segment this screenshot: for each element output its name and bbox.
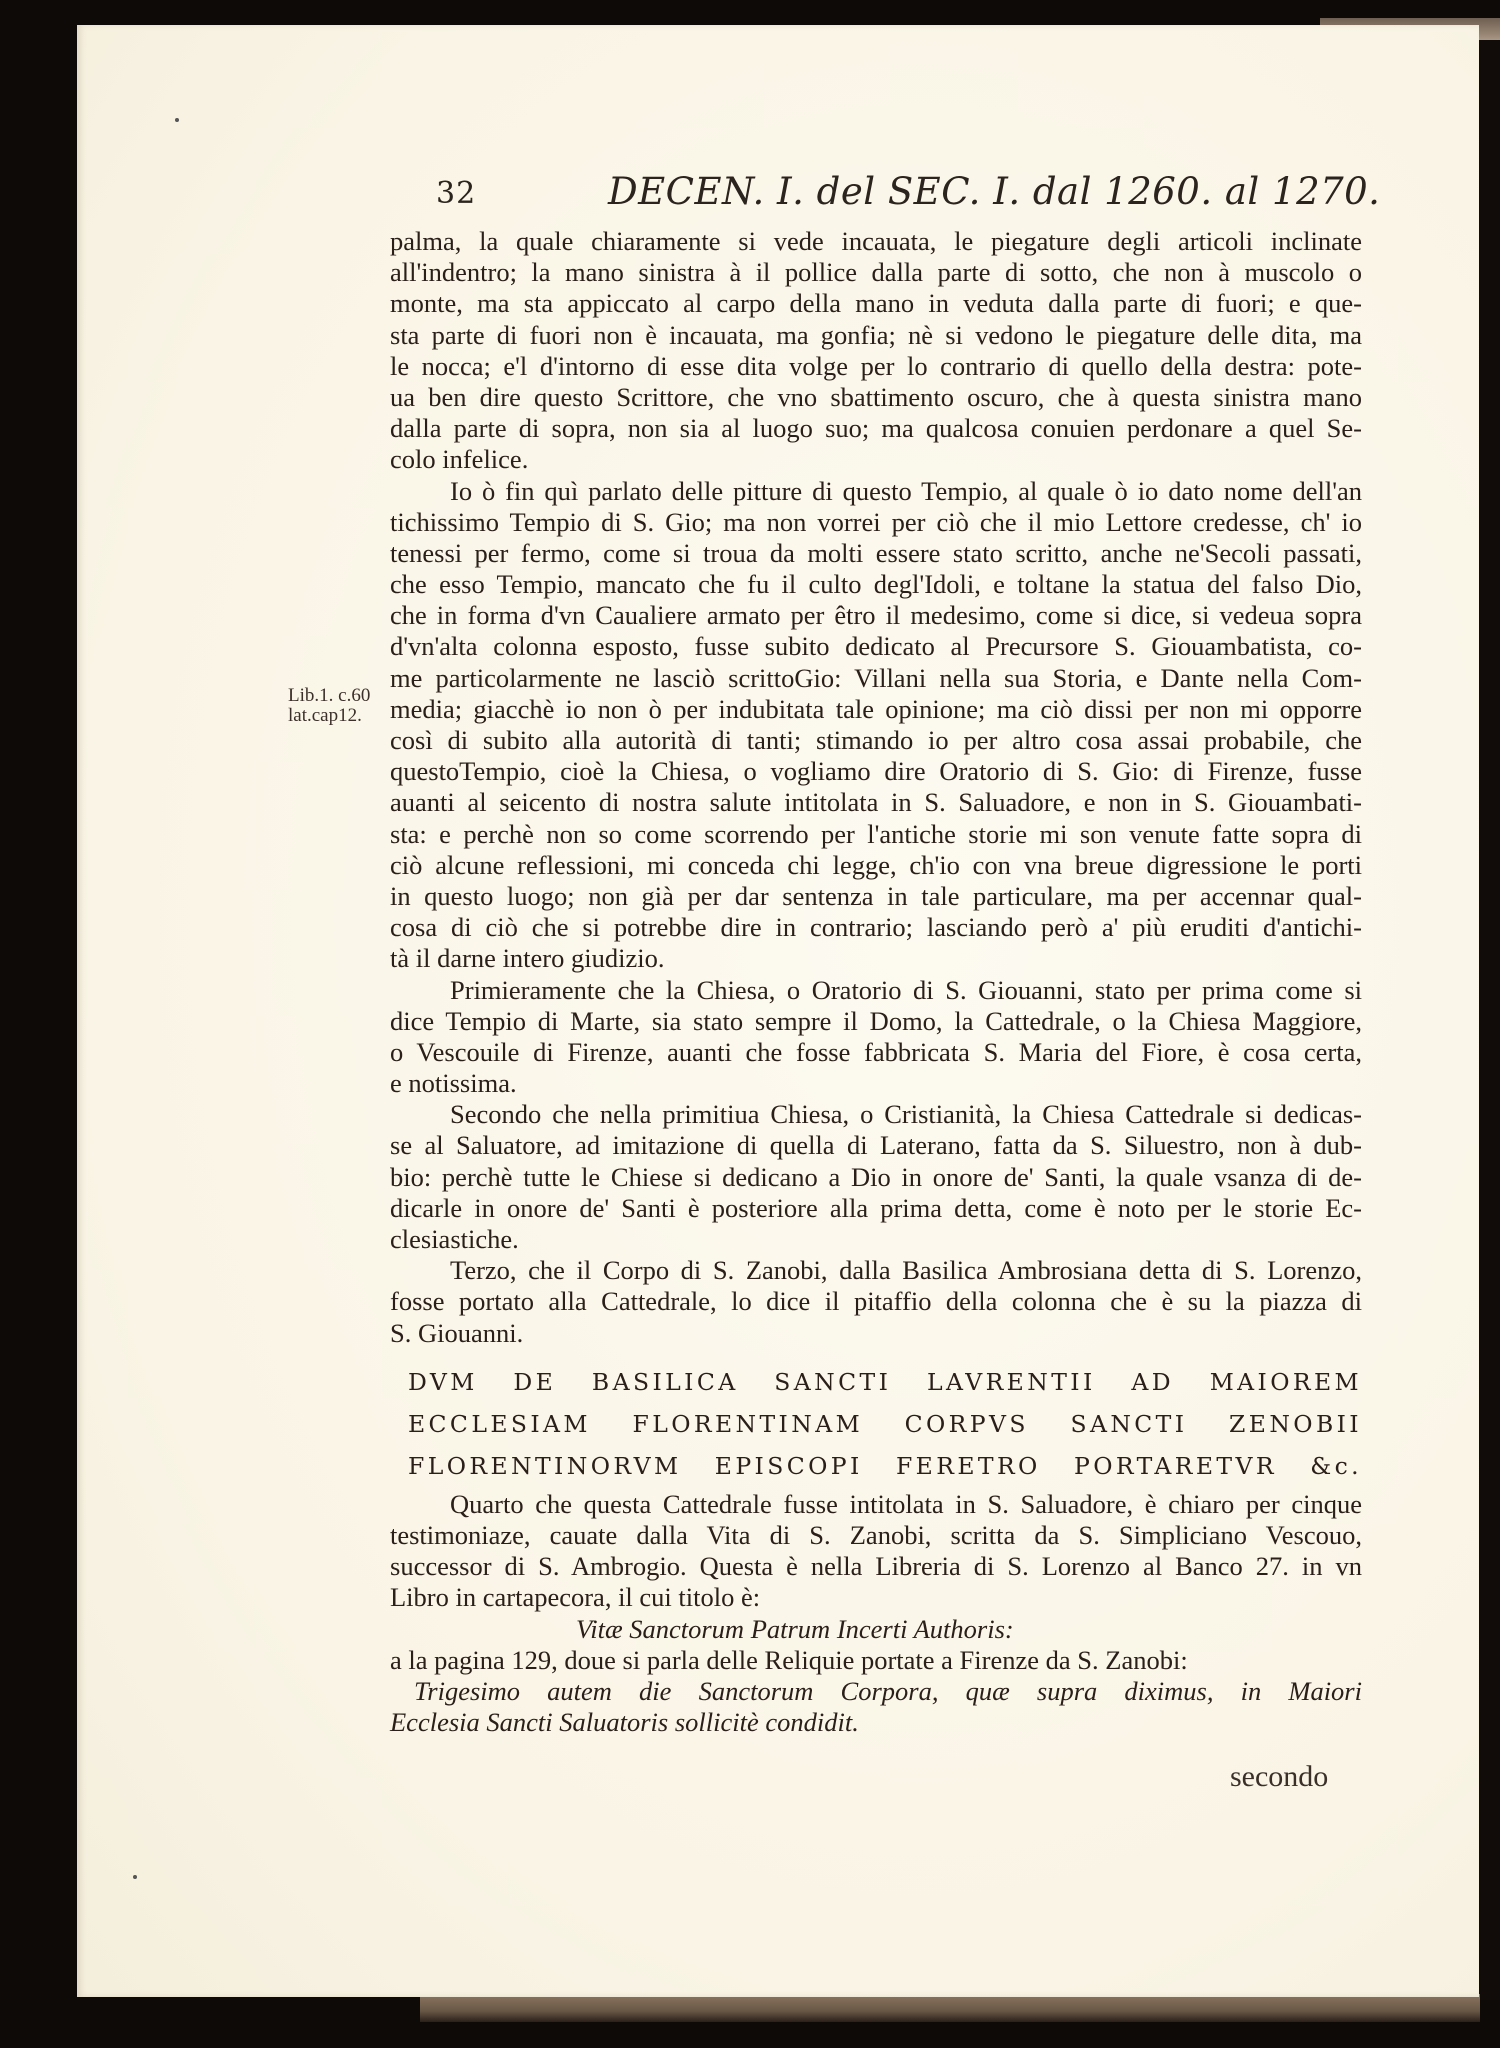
text-line: successor di S. Ambrogio. Questa è nella…	[390, 1551, 1362, 1582]
text-line: clesiastiche.	[390, 1224, 1362, 1255]
catchword: secondo	[1230, 1760, 1328, 1794]
text-line: sta parte di fuori non è incauata, ma go…	[390, 320, 1362, 351]
text-line: in questo luogo; non già per dar sentenz…	[390, 881, 1362, 912]
margin-note-line: lat.cap12.	[288, 706, 370, 726]
body-text: palma, la quale chiaramente si vede inca…	[390, 226, 1362, 1738]
text-line: auanti al seicento di nostra salute inti…	[390, 787, 1362, 818]
text-line: media; giacchè io non ò per indubitata t…	[390, 694, 1362, 725]
text-line: le nocca; e'l d'intorno di esse dita vol…	[390, 351, 1362, 382]
text-line: S. Giouanni.	[390, 1318, 1362, 1349]
text-line: così di subito alla autorità di tanti; s…	[390, 725, 1362, 756]
text-line: tenessi per fermo, come si troua da molt…	[390, 538, 1362, 569]
text-line: monte, ma sta appiccato al carpo della m…	[390, 288, 1362, 319]
text-line: che in forma d'vn Caualiere armato per ê…	[390, 600, 1362, 631]
inscription-line: ECCLESIAM FLORENTINAM CORPVS SANCTI ZENO…	[390, 1403, 1362, 1445]
text-line: o Vescouile di Firenze, auanti che fosse…	[390, 1037, 1362, 1068]
scan-frame: 32 DECEN. I. del SEC. I. dal 1260. al 12…	[0, 0, 1500, 2048]
running-head: DECEN. I. del SEC. I. dal 1260. al 1270.	[608, 170, 1380, 213]
text-line: all'indentro; la mano sinistra à il poll…	[390, 257, 1362, 288]
inscription-block: DVM DE BASILICA SANCTI LAVRENTII AD MAIO…	[390, 1361, 1362, 1487]
text-line: ciò alcune reflessioni, mi conceda chi l…	[390, 850, 1362, 881]
text-line: e notissima.	[390, 1068, 1362, 1099]
page-edge-right	[1478, 40, 1500, 2000]
text-line: ua ben dire questo Scrittore, che vno sb…	[390, 382, 1362, 413]
page-header: 32 DECEN. I. del SEC. I. dal 1260. al 12…	[436, 170, 1336, 220]
text-line: che esso Tempio, mancato che fu il culto…	[390, 569, 1362, 600]
text-line: dicarle in onore de' Santi è posteriore …	[390, 1193, 1362, 1224]
text-line: palma, la quale chiaramente si vede inca…	[390, 226, 1362, 257]
paragraph-start: Terzo, che il Corpo di S. Zanobi, dalla …	[390, 1255, 1362, 1286]
text-line: testimoniaze, cauate dalla Vita di S. Za…	[390, 1520, 1362, 1551]
text-line: tichissimo Tempio di S. Gio; ma non vorr…	[390, 507, 1362, 538]
text-line: cosa di ciò che si potrebbe dire in cont…	[390, 912, 1362, 943]
paragraph-start: Quarto che questa Cattedrale fusse intit…	[390, 1489, 1362, 1520]
text-line: d'vn'alta colonna esposto, fusse subito …	[390, 631, 1362, 662]
book-title: Vitæ Sanctorum Patrum Incerti Authoris:	[390, 1614, 1362, 1645]
margin-note: Lib.1. c.60 lat.cap12.	[288, 686, 370, 726]
ink-speck	[133, 1875, 137, 1879]
text-line: se al Saluatore, ad imitazione di quella…	[390, 1130, 1362, 1161]
inscription-line: FLORENTINORVM EPISCOPI FERETRO PORTARETV…	[390, 1445, 1362, 1487]
page-number: 32	[436, 176, 476, 211]
text-line: colo infelice.	[390, 444, 1362, 475]
text-line: questoTempio, cioè la Chiesa, o vogliamo…	[390, 756, 1362, 787]
margin-note-line: Lib.1. c.60	[288, 686, 370, 706]
ink-speck	[175, 118, 179, 122]
text-line: fosse portato alla Cattedrale, lo dice i…	[390, 1286, 1362, 1317]
paragraph-start: Io ò fin quì parlato delle pitture di qu…	[390, 476, 1362, 507]
text-line: dalla parte di sopra, non sia al luogo s…	[390, 413, 1362, 444]
paragraph-start: Secondo che nella primitiua Chiesa, o Cr…	[390, 1099, 1362, 1130]
page-edge-bottom	[420, 1994, 1480, 2022]
latin-quote-line: Trigesimo autem die Sanctorum Corpora, q…	[390, 1676, 1362, 1707]
text-line: bio: perchè tutte le Chiese si dedicano …	[390, 1162, 1362, 1193]
text-line: me particolarmente ne lasciò scrittoGio:…	[390, 663, 1362, 694]
inscription-line: DVM DE BASILICA SANCTI LAVRENTII AD MAIO…	[390, 1361, 1362, 1403]
paragraph-start: Primieramente che la Chiesa, o Oratorio …	[390, 975, 1362, 1006]
text-line: sta: e perchè non so come scorrendo per …	[390, 819, 1362, 850]
text-line: dice Tempio di Marte, sia stato sempre i…	[390, 1006, 1362, 1037]
text-line: Libro in cartapecora, il cui titolo è:	[390, 1582, 1362, 1613]
page-reference: a la pagina 129, doue si parla delle Rel…	[390, 1645, 1362, 1676]
latin-quote-line: Ecclesia Sancti Saluatoris sollicitè con…	[390, 1707, 1362, 1738]
text-line: tà il darne intero giudizio.	[390, 943, 1362, 974]
